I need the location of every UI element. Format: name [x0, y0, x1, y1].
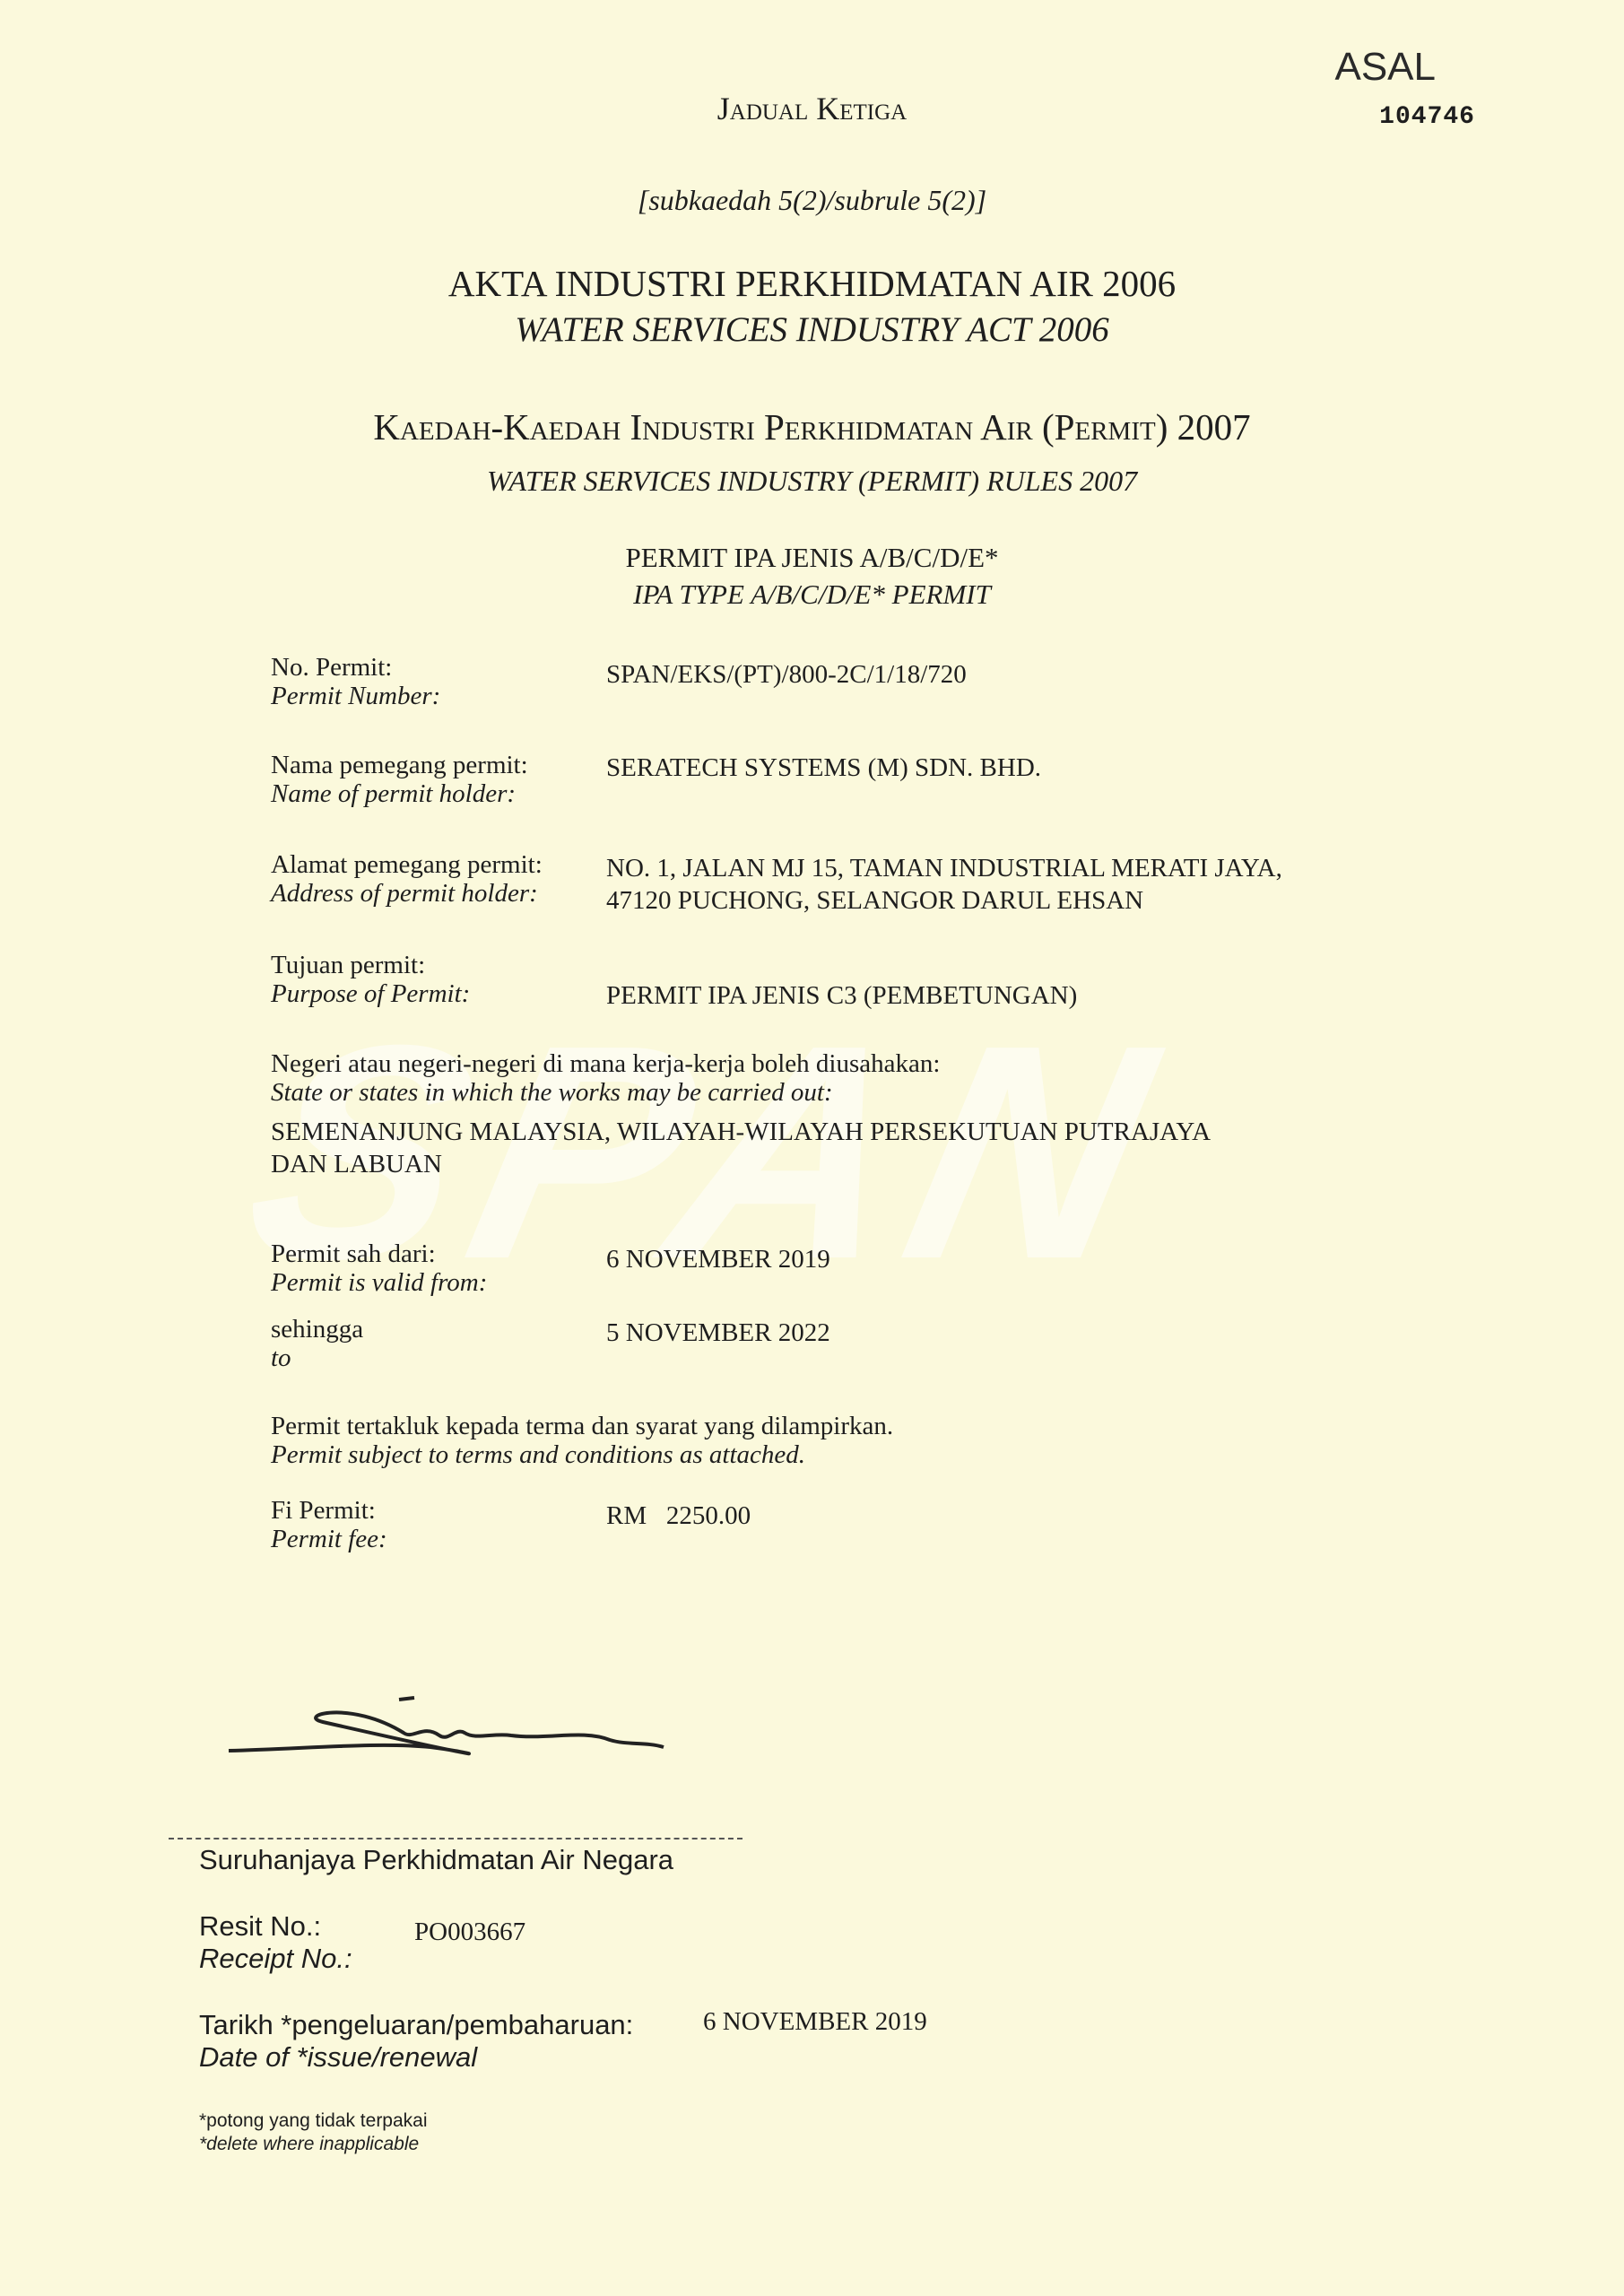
schedule-title: Jadual Ketiga	[0, 90, 1624, 127]
receipt-value: PO003667	[414, 1916, 525, 1948]
terms-note: Permit tertakluk kepada terma dan syarat…	[271, 1412, 893, 1469]
footnote: *potong yang tidak terpakai*delete where…	[199, 2109, 428, 2156]
authority-name: Suruhanjaya Perkhidmatan Air Negara	[199, 1844, 673, 1876]
permit-type-en: IPA TYPE A/B/C/D/E* PERMIT	[0, 578, 1624, 611]
subrule-ref: [subkaedah 5(2)/subrule 5(2)]	[0, 184, 1624, 217]
valid-from-value: 6 NOVEMBER 2019	[606, 1243, 830, 1275]
act-title-en: WATER SERVICES INDUSTRY ACT 2006	[0, 309, 1624, 350]
holder-name-value: SERATECH SYSTEMS (M) SDN. BHD.	[606, 752, 1041, 784]
rules-title-ms: Kaedah-Kaedah Industri Perkhidmatan Air …	[0, 405, 1624, 448]
issue-date-value: 6 NOVEMBER 2019	[703, 2005, 927, 2038]
fee-label: Fi Permit:Permit fee:	[271, 1496, 387, 1553]
original-stamp: ASAL	[1334, 45, 1436, 90]
valid-to-value: 5 NOVEMBER 2022	[606, 1317, 830, 1349]
act-title-ms: AKTA INDUSTRI PERKHIDMATAN AIR 2006	[0, 262, 1624, 305]
valid-to-label: sehinggato	[271, 1315, 363, 1372]
permit-type-ms: PERMIT IPA JENIS A/B/C/D/E*	[0, 542, 1624, 574]
signature	[224, 1686, 690, 1758]
states-value: SEMENANJUNG MALAYSIA, WILAYAH-WILAYAH PE…	[271, 1116, 1211, 1180]
holder-address-value: NO. 1, JALAN MJ 15, TAMAN INDUSTRIAL MER…	[606, 852, 1282, 917]
holder-name-label: Nama pemegang permit:Name of permit hold…	[271, 751, 528, 808]
issue-date-label: Tarikh *pengeluaran/pembaharuan:Date of …	[199, 2009, 633, 2074]
purpose-label: Tujuan permit:Purpose of Permit:	[271, 951, 470, 1008]
permit-no-value: SPAN/EKS/(PT)/800-2C/1/18/720	[606, 658, 967, 691]
fee-value: RM 2250.00	[606, 1500, 751, 1532]
signature-line	[169, 1838, 743, 1839]
rules-title-en: WATER SERVICES INDUSTRY (PERMIT) RULES 2…	[0, 465, 1624, 498]
receipt-label: Resit No.:Receipt No.:	[199, 1910, 352, 1975]
valid-from-label: Permit sah dari:Permit is valid from:	[271, 1239, 487, 1297]
states-label: Negeri atau negeri-negeri di mana kerja-…	[271, 1049, 940, 1107]
purpose-value: PERMIT IPA JENIS C3 (PEMBETUNGAN)	[606, 979, 1077, 1012]
holder-address-label: Alamat pemegang permit:Address of permit…	[271, 850, 543, 908]
permit-no-label: No. Permit:Permit Number:	[271, 653, 440, 710]
